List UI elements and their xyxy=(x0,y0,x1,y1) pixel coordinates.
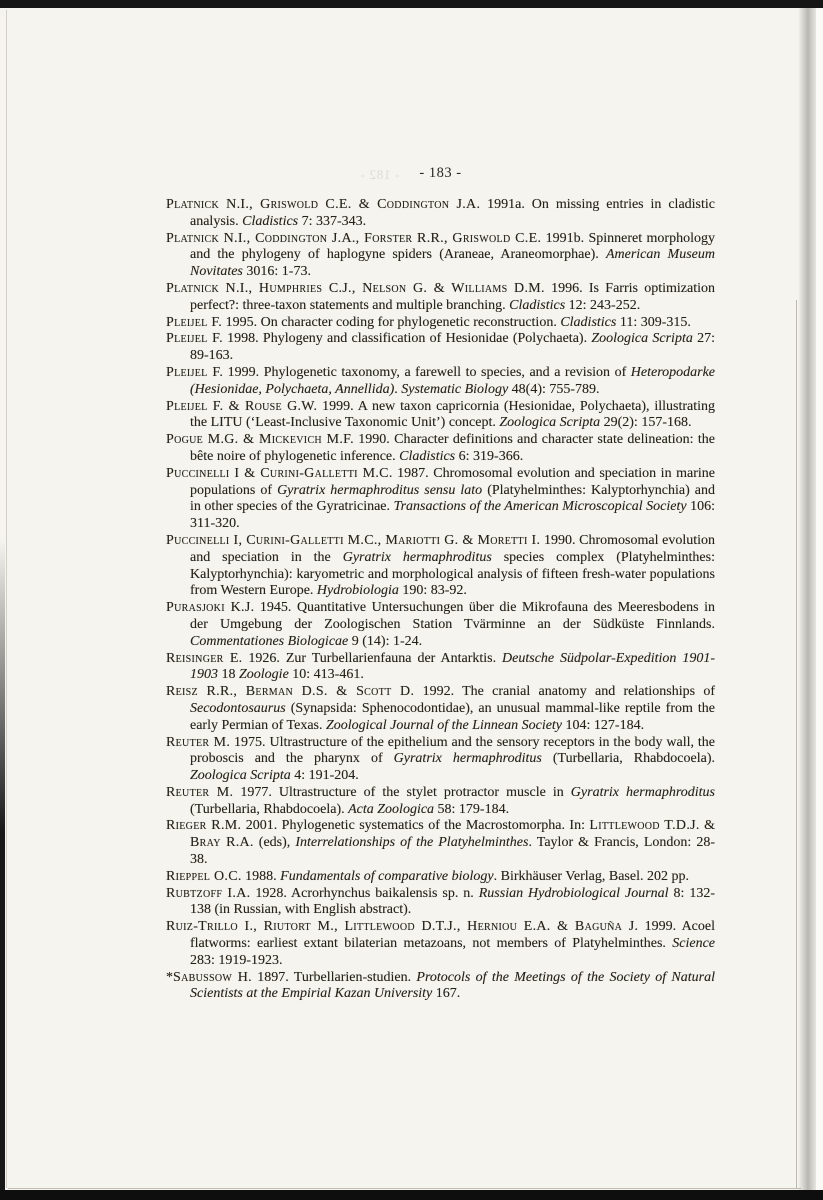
reference-list: Platnick N.I., Griswold C.E. & Coddingto… xyxy=(166,197,715,1003)
reference-text: 283: 1919-1923. xyxy=(190,953,283,968)
work-title-italic: Hydrobiologia xyxy=(317,583,399,598)
author-names: Puccinelli I & Curini-Galletti M.C. xyxy=(166,466,393,481)
page-number: - 183 - xyxy=(166,165,715,182)
work-title-italic: Gyratrix hermaphroditus xyxy=(343,550,492,565)
reference-text: 2001. Phylogenetic systematics of the Ma… xyxy=(241,818,589,833)
work-title-italic: Cladistics xyxy=(560,315,616,330)
reference-entry: Puccinelli I & Curini-Galletti M.C. 1987… xyxy=(166,466,715,533)
reference-text: * xyxy=(166,970,173,985)
page-edge-bottom-line xyxy=(8,1188,801,1189)
work-title-italic: Zoologie xyxy=(239,667,289,682)
work-title-italic: Fundamentals of comparative biology xyxy=(280,869,493,884)
work-title-italic: Transactions of the American Microscopic… xyxy=(394,499,687,514)
reference-text: 48(4): 755-789. xyxy=(508,382,599,397)
reference-text: 12: 243-252. xyxy=(565,298,640,313)
reference-text: 4: 191-204. xyxy=(291,768,359,783)
reference-text: 104: 127-184. xyxy=(562,718,644,733)
reference-entry: Reisinger E. 1926. Zur Turbellarienfauna… xyxy=(166,651,715,685)
author-names: Reisz R.R., Berman D.S. & Scott D. xyxy=(166,684,414,699)
author-names: Reuter M. xyxy=(166,785,233,800)
reference-text: (Turbellaria, Rhabdocoela). xyxy=(542,751,715,766)
work-title-italic: Systematic Biology xyxy=(401,382,508,397)
reference-text: 1977. Ultrastructure of the stylet protr… xyxy=(233,785,571,800)
reference-entry: Pleijel F. 1999. Phylogenetic taxonomy, … xyxy=(166,365,715,399)
reference-text: 9 (14): 1-24. xyxy=(348,634,422,649)
page-edge-right-strip xyxy=(816,8,823,1190)
reference-text: 167. xyxy=(432,986,460,1001)
scan-edge-bottom xyxy=(0,1190,823,1200)
reference-text: 1945. Quantitative Untersuchungen über d… xyxy=(190,600,715,632)
reference-entry: Reuter M. 1975. Ultrastructure of the ep… xyxy=(166,735,715,785)
author-names: Rubtzoff I.A. xyxy=(166,886,250,901)
author-names: Platnick N.I., Humphries C.J., Nelson G.… xyxy=(166,281,545,296)
reference-text: 1995. On character coding for phylogenet… xyxy=(222,315,560,330)
scanned-page: - 182 - - 183 - Platnick N.I., Griswold … xyxy=(0,0,823,1200)
reference-text: 1897. Turbellarien-studien. xyxy=(252,970,416,985)
reference-entry: Platnick N.I., Griswold C.E. & Coddingto… xyxy=(166,197,715,231)
reference-text: 1999. Phylogenetic taxonomy, a farewell … xyxy=(223,365,631,380)
author-names: Pleijel F. & Rouse G.W. xyxy=(166,399,317,414)
reference-entry: Ruiz-Trillo I., Riutort M., Littlewood D… xyxy=(166,919,715,969)
reference-entry: Reuter M. 1977. Ultrastructure of the st… xyxy=(166,785,715,819)
work-title-italic: Zoological Journal of the Linnean Societ… xyxy=(326,718,562,733)
work-title-italic: Gyratrix hermaphroditus sensu lato xyxy=(277,483,482,498)
work-title-italic: Gyratrix hermaphroditus xyxy=(571,785,715,800)
author-names: Pogue M.G. & Mickevich M.F. xyxy=(166,432,354,447)
work-title-italic: Cladistics xyxy=(242,214,298,229)
page-edge-right-crease xyxy=(796,300,797,1188)
work-title-italic: Cladistics xyxy=(509,298,565,313)
reference-text: 190: 83-92. xyxy=(399,583,467,598)
reference-text: 3016: 1-73. xyxy=(243,264,311,279)
reference-entry: Pleijel F. & Rouse G.W. 1999. A new taxo… xyxy=(166,399,715,433)
page-edge-left-line xyxy=(6,10,7,1188)
reference-entry: Purasjoki K.J. 1945. Quantitative Unters… xyxy=(166,600,715,650)
author-names: Reuter M. xyxy=(166,735,230,750)
author-names: Pleijel F. xyxy=(166,365,223,380)
reference-entry: *Sabussow H. 1897. Turbellarien-studien.… xyxy=(166,970,715,1004)
reference-text: . Birkhäuser Verlag, Basel. 202 pp. xyxy=(494,869,689,884)
work-title-italic: Acta Zoologica xyxy=(348,802,434,817)
work-title-italic: Science xyxy=(672,936,715,951)
reference-text: 1988. xyxy=(242,869,281,884)
author-names: Rieger R.M. xyxy=(166,818,241,833)
reference-text: 18 xyxy=(218,667,239,682)
work-title-italic: Interrelationships of the Platyhelminthe… xyxy=(295,835,528,850)
reference-entry: Puccinelli I, Curini-Galletti M.C., Mari… xyxy=(166,533,715,600)
work-title-italic: Zoologica Scripta xyxy=(591,331,693,346)
reference-entry: Platnick N.I., Humphries C.J., Nelson G.… xyxy=(166,281,715,315)
work-title-italic: Commentationes Biologicae xyxy=(190,634,348,649)
author-names: Platnick N.I., Griswold C.E. & Coddingto… xyxy=(166,197,480,212)
reference-text: (eds), xyxy=(254,835,296,850)
reference-text: 6: 319-366. xyxy=(455,449,523,464)
reference-text: 10: 413-461. xyxy=(289,667,364,682)
author-names: Puccinelli I, Curini-Galletti M.C., Mari… xyxy=(166,533,540,548)
author-names: Platnick N.I., Coddington J.A., Forster … xyxy=(166,231,541,246)
work-title-italic: Russian Hydrobiological Journal xyxy=(479,886,669,901)
work-title-italic: Zoologica Scripta xyxy=(190,768,291,783)
reference-entry: Pleijel F. 1998. Phylogeny and classific… xyxy=(166,331,715,365)
reference-text: 1928. Acrorhynchus baikalensis sp. n. xyxy=(250,886,478,901)
author-names: Ruiz-Trillo I., Riutort M., Littlewood D… xyxy=(166,919,638,934)
reference-text: 1998. Phylogeny and classification of He… xyxy=(223,331,591,346)
work-title-italic: Secodontosaurus xyxy=(190,701,286,716)
author-names: Rieppel O.C. xyxy=(166,869,242,884)
reference-text: 58: 179-184. xyxy=(434,802,509,817)
reference-text: 1992. The cranial anatomy and relationsh… xyxy=(414,684,715,699)
page-edge-right-shadow xyxy=(798,8,816,1190)
reference-text: (Turbellaria, Rhabdocoela). xyxy=(190,802,348,817)
reference-text: 29(2): 157-168. xyxy=(600,415,691,430)
reference-text: 7: 337-343. xyxy=(298,214,366,229)
reference-entry: Pleijel F. 1995. On character coding for… xyxy=(166,315,715,332)
reference-entry: Platnick N.I., Coddington J.A., Forster … xyxy=(166,231,715,281)
author-names: Pleijel F. xyxy=(166,315,222,330)
reference-entry: Rieger R.M. 2001. Phylogenetic systemati… xyxy=(166,818,715,868)
work-title-italic: Cladistics xyxy=(399,449,455,464)
reference-text: 11: 309-315. xyxy=(616,315,691,330)
reference-entry: Pogue M.G. & Mickevich M.F. 1990. Charac… xyxy=(166,432,715,466)
author-names: Purasjoki K.J. xyxy=(166,600,254,615)
work-title-italic: Zoologica Scripta xyxy=(499,415,600,430)
author-names: Bray R.A. xyxy=(190,835,254,850)
scan-edge-left-dark xyxy=(0,540,5,1190)
author-names: Reisinger E. xyxy=(166,651,242,666)
reference-text: 1926. Zur Turbellarienfauna der Antarkti… xyxy=(242,651,502,666)
author-names: Pleijel F. xyxy=(166,331,223,346)
reference-entry: Reisz R.R., Berman D.S. & Scott D. 1992.… xyxy=(166,684,715,734)
work-title-italic: Gyratrix hermaphroditus xyxy=(394,751,542,766)
author-names: Littlewood T.D.J. xyxy=(589,818,699,833)
reference-entry: Rieppel O.C. 1988. Fundamentals of compa… xyxy=(166,869,715,886)
author-names: Sabussow H. xyxy=(173,970,252,985)
reference-text: & xyxy=(700,818,715,833)
reference-entry: Rubtzoff I.A. 1928. Acrorhynchus baikale… xyxy=(166,886,715,920)
scan-edge-top xyxy=(0,0,823,8)
